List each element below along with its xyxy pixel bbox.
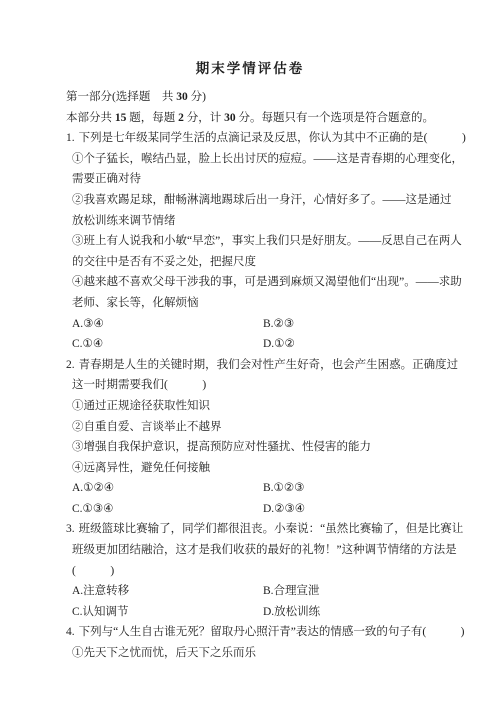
exam-paper-page: 期末学情评估卷 第一部分(选择题 共 30 分) 本部分共 15 题，每题 2 …	[0, 0, 500, 708]
question-3-stem-line2: 班级更加团结融洽，这才是我们收获的最好的礼物！”这种调节情绪的方法是	[0, 540, 500, 561]
question-3-number: 3.	[66, 519, 75, 540]
question-4-stem: 4.下列与“人生自古谁无死？留取丹心照汗青”表达的情感一致的句子有( )	[0, 622, 500, 643]
question-1-options-row-2: C.①④D.①②	[0, 334, 500, 355]
question-3-options-row-1: A.注意转移B.合理宣泄	[0, 581, 500, 602]
question-2-item1: ①通过正规途径获取性知识	[0, 396, 500, 417]
question-4-number: 4.	[66, 622, 75, 643]
question-1-item4-line1: ④越来越不喜欢父母干涉我的事，可是遇到麻烦又渴望他们“出现”。——求助	[0, 272, 500, 293]
question-3-answer-blank: ( )	[0, 561, 500, 582]
section-intro: 本部分共 15 题，每题 2 分，计 30 分。每题只有一个选项是符合题意的。	[0, 108, 500, 129]
question-3-options-row-2: C.认知调节D.放松训练	[0, 602, 500, 623]
question-2-option-a: A.①②④	[72, 478, 263, 499]
question-2-options-row-1: A.①②④B.①②③	[0, 478, 500, 499]
question-2-option-b: B.①②③	[263, 482, 304, 494]
question-2-option-d: D.②③④	[263, 503, 305, 515]
question-1-number: 1.	[66, 128, 75, 149]
question-3-option-a: A.注意转移	[72, 581, 263, 602]
question-2-item4: ④远离异性，避免任何接触	[0, 458, 500, 479]
question-1-option-c: C.①④	[72, 334, 263, 355]
question-2-stem-line2: 这一时期需要我们( )	[0, 375, 500, 396]
question-4-item1: ①先天下之忧而忧，后天下之乐而乐	[0, 643, 500, 664]
question-1-item3-line2: 的交往中是否有不妥之处，把握尺度	[0, 252, 500, 273]
question-1-item3-line1: ③班上有人说我和小敏“早恋”，事实上我们只是好朋友。——反思自己在两人	[0, 231, 500, 252]
question-1-stem: 1.下列是七年级某同学生活的点滴记录及反思，你认为其中不正确的是( )	[0, 128, 500, 149]
question-1-item2-line1: ②我喜欢踢足球，酣畅淋漓地踢球后出一身汗，心情好多了。——这是通过	[0, 190, 500, 211]
question-2-number: 2.	[66, 355, 75, 376]
question-3-option-d: D.放松训练	[263, 606, 320, 618]
question-1-options-row-1: A.③④B.②③	[0, 314, 500, 335]
exam-content: 第一部分(选择题 共 30 分) 本部分共 15 题，每题 2 分，计 30 分…	[0, 87, 500, 664]
question-1-stem-text: 下列是七年级某同学生活的点滴记录及反思，你认为其中不正确的是( )	[79, 132, 466, 144]
question-3-stem: 3.班级篮球比赛输了，同学们都很沮丧。小秦说：“虽然比赛输了，但是比赛让	[0, 519, 500, 540]
page-title: 期末学情评估卷	[0, 0, 500, 77]
question-2-stem-text: 青春期是人生的关键时期，我们会对性产生好奇，也会产生困惑。正确度过	[79, 359, 459, 371]
question-1-option-b: B.②③	[263, 318, 294, 330]
question-1-item2-line2: 放松训练来调节情绪	[0, 211, 500, 232]
question-1-item4-line2: 老师、家长等，化解烦恼	[0, 293, 500, 314]
question-1-option-d: D.①②	[263, 338, 295, 350]
section-heading: 第一部分(选择题 共 30 分)	[0, 87, 500, 108]
question-2-stem: 2.青春期是人生的关键时期，我们会对性产生好奇，也会产生困惑。正确度过	[0, 355, 500, 376]
question-2-item3: ③增强自我保护意识，提高预防应对性骚扰、性侵害的能力	[0, 437, 500, 458]
question-1-option-a: A.③④	[72, 314, 263, 335]
question-2-options-row-2: C.①③④D.②③④	[0, 499, 500, 520]
question-2-item2: ②自重自爱、言谈举止不越界	[0, 417, 500, 438]
question-3-option-c: C.认知调节	[72, 602, 263, 623]
question-2-option-c: C.①③④	[72, 499, 263, 520]
question-1-item1-line1: ①个子猛长，喉结凸显，脸上长出讨厌的痘痘。——这是青春期的心理变化，	[0, 149, 500, 170]
question-3-option-b: B.合理宣泄	[263, 585, 320, 597]
question-3-stem-text: 班级篮球比赛输了，同学们都很沮丧。小秦说：“虽然比赛输了，但是比赛让	[79, 523, 464, 535]
question-1-item1-line2: 需要正确对待	[0, 169, 500, 190]
question-4-stem-text: 下列与“人生自古谁无死？留取丹心照汗青”表达的情感一致的句子有( )	[79, 626, 465, 638]
